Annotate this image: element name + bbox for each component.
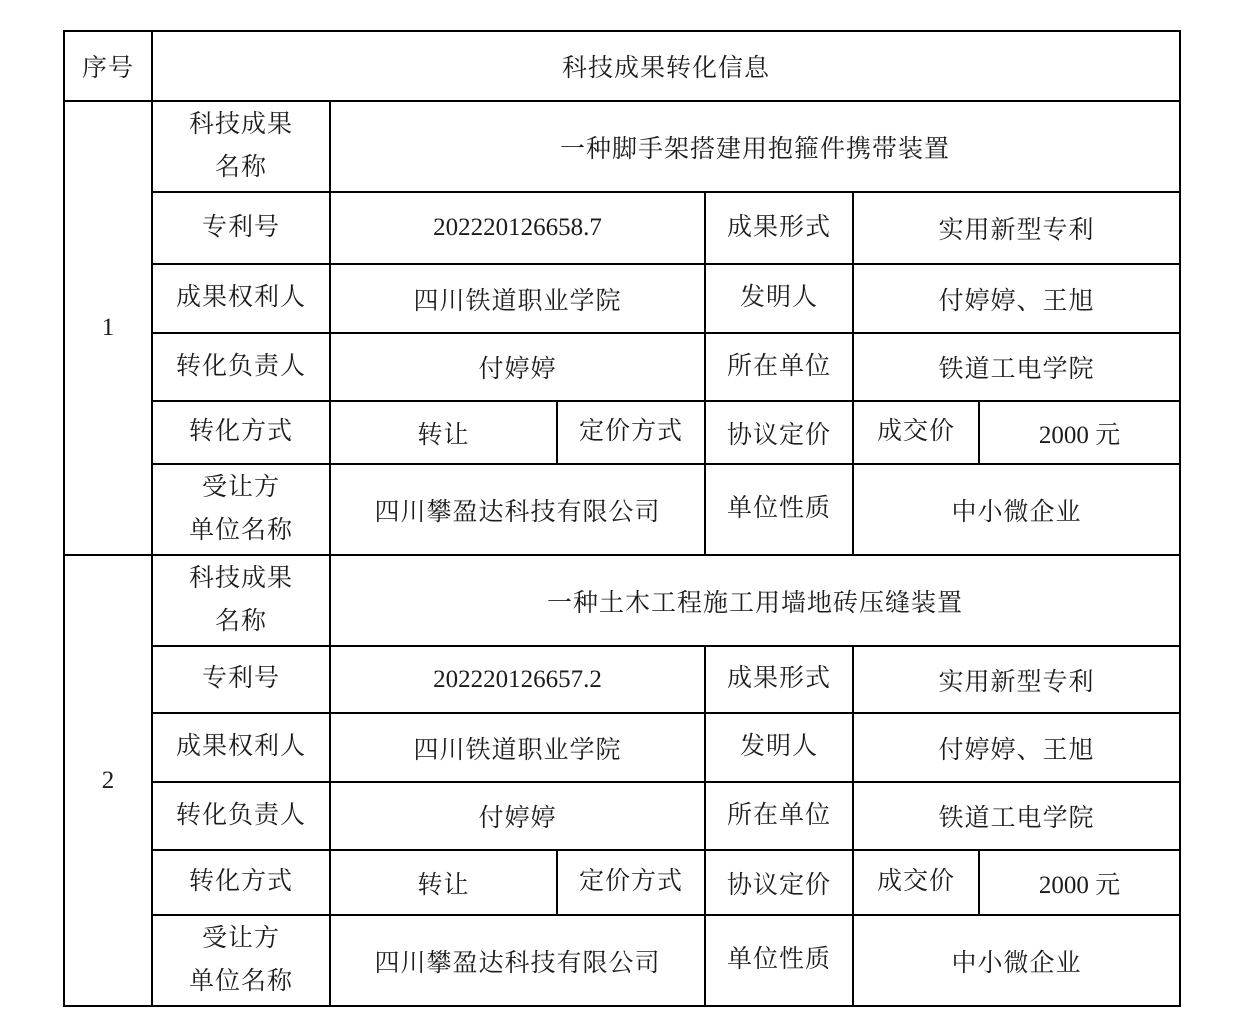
entry-2-transform-manager: 付婷婷 — [330, 782, 705, 850]
entry-1-pricing-method: 协议定价 — [705, 401, 853, 464]
tech-transfer-table: 序号 科技成果转化信息 1 科技成果 名称 一种脚手架搭建用抱箍件携带装置 专利… — [63, 30, 1181, 1007]
label-transferee: 受让方 单位名称 — [152, 915, 330, 1006]
entry-1-transform-method: 转让 — [330, 401, 557, 464]
label-result-form: 成果形式 — [705, 192, 853, 264]
table-row: 转化负责人 付婷婷 所在单位 铁道工电学院 — [64, 333, 1180, 401]
entry-2-transform-method: 转让 — [330, 850, 557, 915]
label-transferee: 受让方 单位名称 — [152, 464, 330, 555]
entry-1-org-type: 中小微企业 — [853, 464, 1180, 555]
label-pricing-method: 定价方式 — [557, 850, 705, 915]
label-department: 所在单位 — [705, 333, 853, 401]
entry-1-name: 一种脚手架搭建用抱箍件携带装置 — [330, 101, 1180, 192]
table-row: 受让方 单位名称 四川攀盈达科技有限公司 单位性质 中小微企业 — [64, 915, 1180, 1006]
label-patent-no: 专利号 — [152, 646, 330, 713]
table-row: 转化方式 转让 定价方式 协议定价 成交价 2000 元 — [64, 401, 1180, 464]
entry-2-patent-no: 202220126657.2 — [330, 646, 705, 713]
label-result-form: 成果形式 — [705, 646, 853, 713]
label-name: 科技成果 名称 — [152, 101, 330, 192]
table-row: 转化方式 转让 定价方式 协议定价 成交价 2000 元 — [64, 850, 1180, 915]
entry-1-result-form: 实用新型专利 — [853, 192, 1180, 264]
entry-2-rights-holder: 四川铁道职业学院 — [330, 713, 705, 782]
table-row: 受让方 单位名称 四川攀盈达科技有限公司 单位性质 中小微企业 — [64, 464, 1180, 555]
entry-2-deal-price: 2000 元 — [979, 850, 1180, 915]
label-transform-manager: 转化负责人 — [152, 782, 330, 850]
entry-2-transferee: 四川攀盈达科技有限公司 — [330, 915, 705, 1006]
label-deal-price: 成交价 — [853, 850, 979, 915]
entry-2-inventors: 付婷婷、王旭 — [853, 713, 1180, 782]
seq-header: 序号 — [64, 31, 152, 101]
info-header: 科技成果转化信息 — [152, 31, 1180, 101]
entry-1-transferee: 四川攀盈达科技有限公司 — [330, 464, 705, 555]
label-inventors: 发明人 — [705, 264, 853, 333]
table-row: 1 科技成果 名称 一种脚手架搭建用抱箍件携带装置 — [64, 101, 1180, 192]
entry-1-department: 铁道工电学院 — [853, 333, 1180, 401]
table-row: 转化负责人 付婷婷 所在单位 铁道工电学院 — [64, 782, 1180, 850]
entry-2-name: 一种土木工程施工用墙地砖压缝装置 — [330, 555, 1180, 646]
label-name: 科技成果 名称 — [152, 555, 330, 646]
entry-2-result-form: 实用新型专利 — [853, 646, 1180, 713]
entry-2-org-type: 中小微企业 — [853, 915, 1180, 1006]
table-row: 2 科技成果 名称 一种土木工程施工用墙地砖压缝装置 — [64, 555, 1180, 646]
label-deal-price: 成交价 — [853, 401, 979, 464]
entry-1-rights-holder: 四川铁道职业学院 — [330, 264, 705, 333]
table-row: 成果权利人 四川铁道职业学院 发明人 付婷婷、王旭 — [64, 264, 1180, 333]
table-row: 专利号 202220126658.7 成果形式 实用新型专利 — [64, 192, 1180, 264]
label-org-type: 单位性质 — [705, 464, 853, 555]
entry-1-patent-no: 202220126658.7 — [330, 192, 705, 264]
label-rights-holder: 成果权利人 — [152, 264, 330, 333]
entry-2-department: 铁道工电学院 — [853, 782, 1180, 850]
label-rights-holder: 成果权利人 — [152, 713, 330, 782]
entry-1-deal-price: 2000 元 — [979, 401, 1180, 464]
entry-2-pricing-method: 协议定价 — [705, 850, 853, 915]
table-header-row: 序号 科技成果转化信息 — [64, 31, 1180, 101]
entry-1-index: 1 — [64, 101, 152, 555]
entry-2-index: 2 — [64, 555, 152, 1006]
label-pricing-method: 定价方式 — [557, 401, 705, 464]
label-transform-method: 转化方式 — [152, 401, 330, 464]
table-row: 专利号 202220126657.2 成果形式 实用新型专利 — [64, 646, 1180, 713]
table-row: 成果权利人 四川铁道职业学院 发明人 付婷婷、王旭 — [64, 713, 1180, 782]
label-org-type: 单位性质 — [705, 915, 853, 1006]
label-transform-method: 转化方式 — [152, 850, 330, 915]
entry-1-transform-manager: 付婷婷 — [330, 333, 705, 401]
label-transform-manager: 转化负责人 — [152, 333, 330, 401]
label-department: 所在单位 — [705, 782, 853, 850]
label-patent-no: 专利号 — [152, 192, 330, 264]
entry-1-inventors: 付婷婷、王旭 — [853, 264, 1180, 333]
label-inventors: 发明人 — [705, 713, 853, 782]
